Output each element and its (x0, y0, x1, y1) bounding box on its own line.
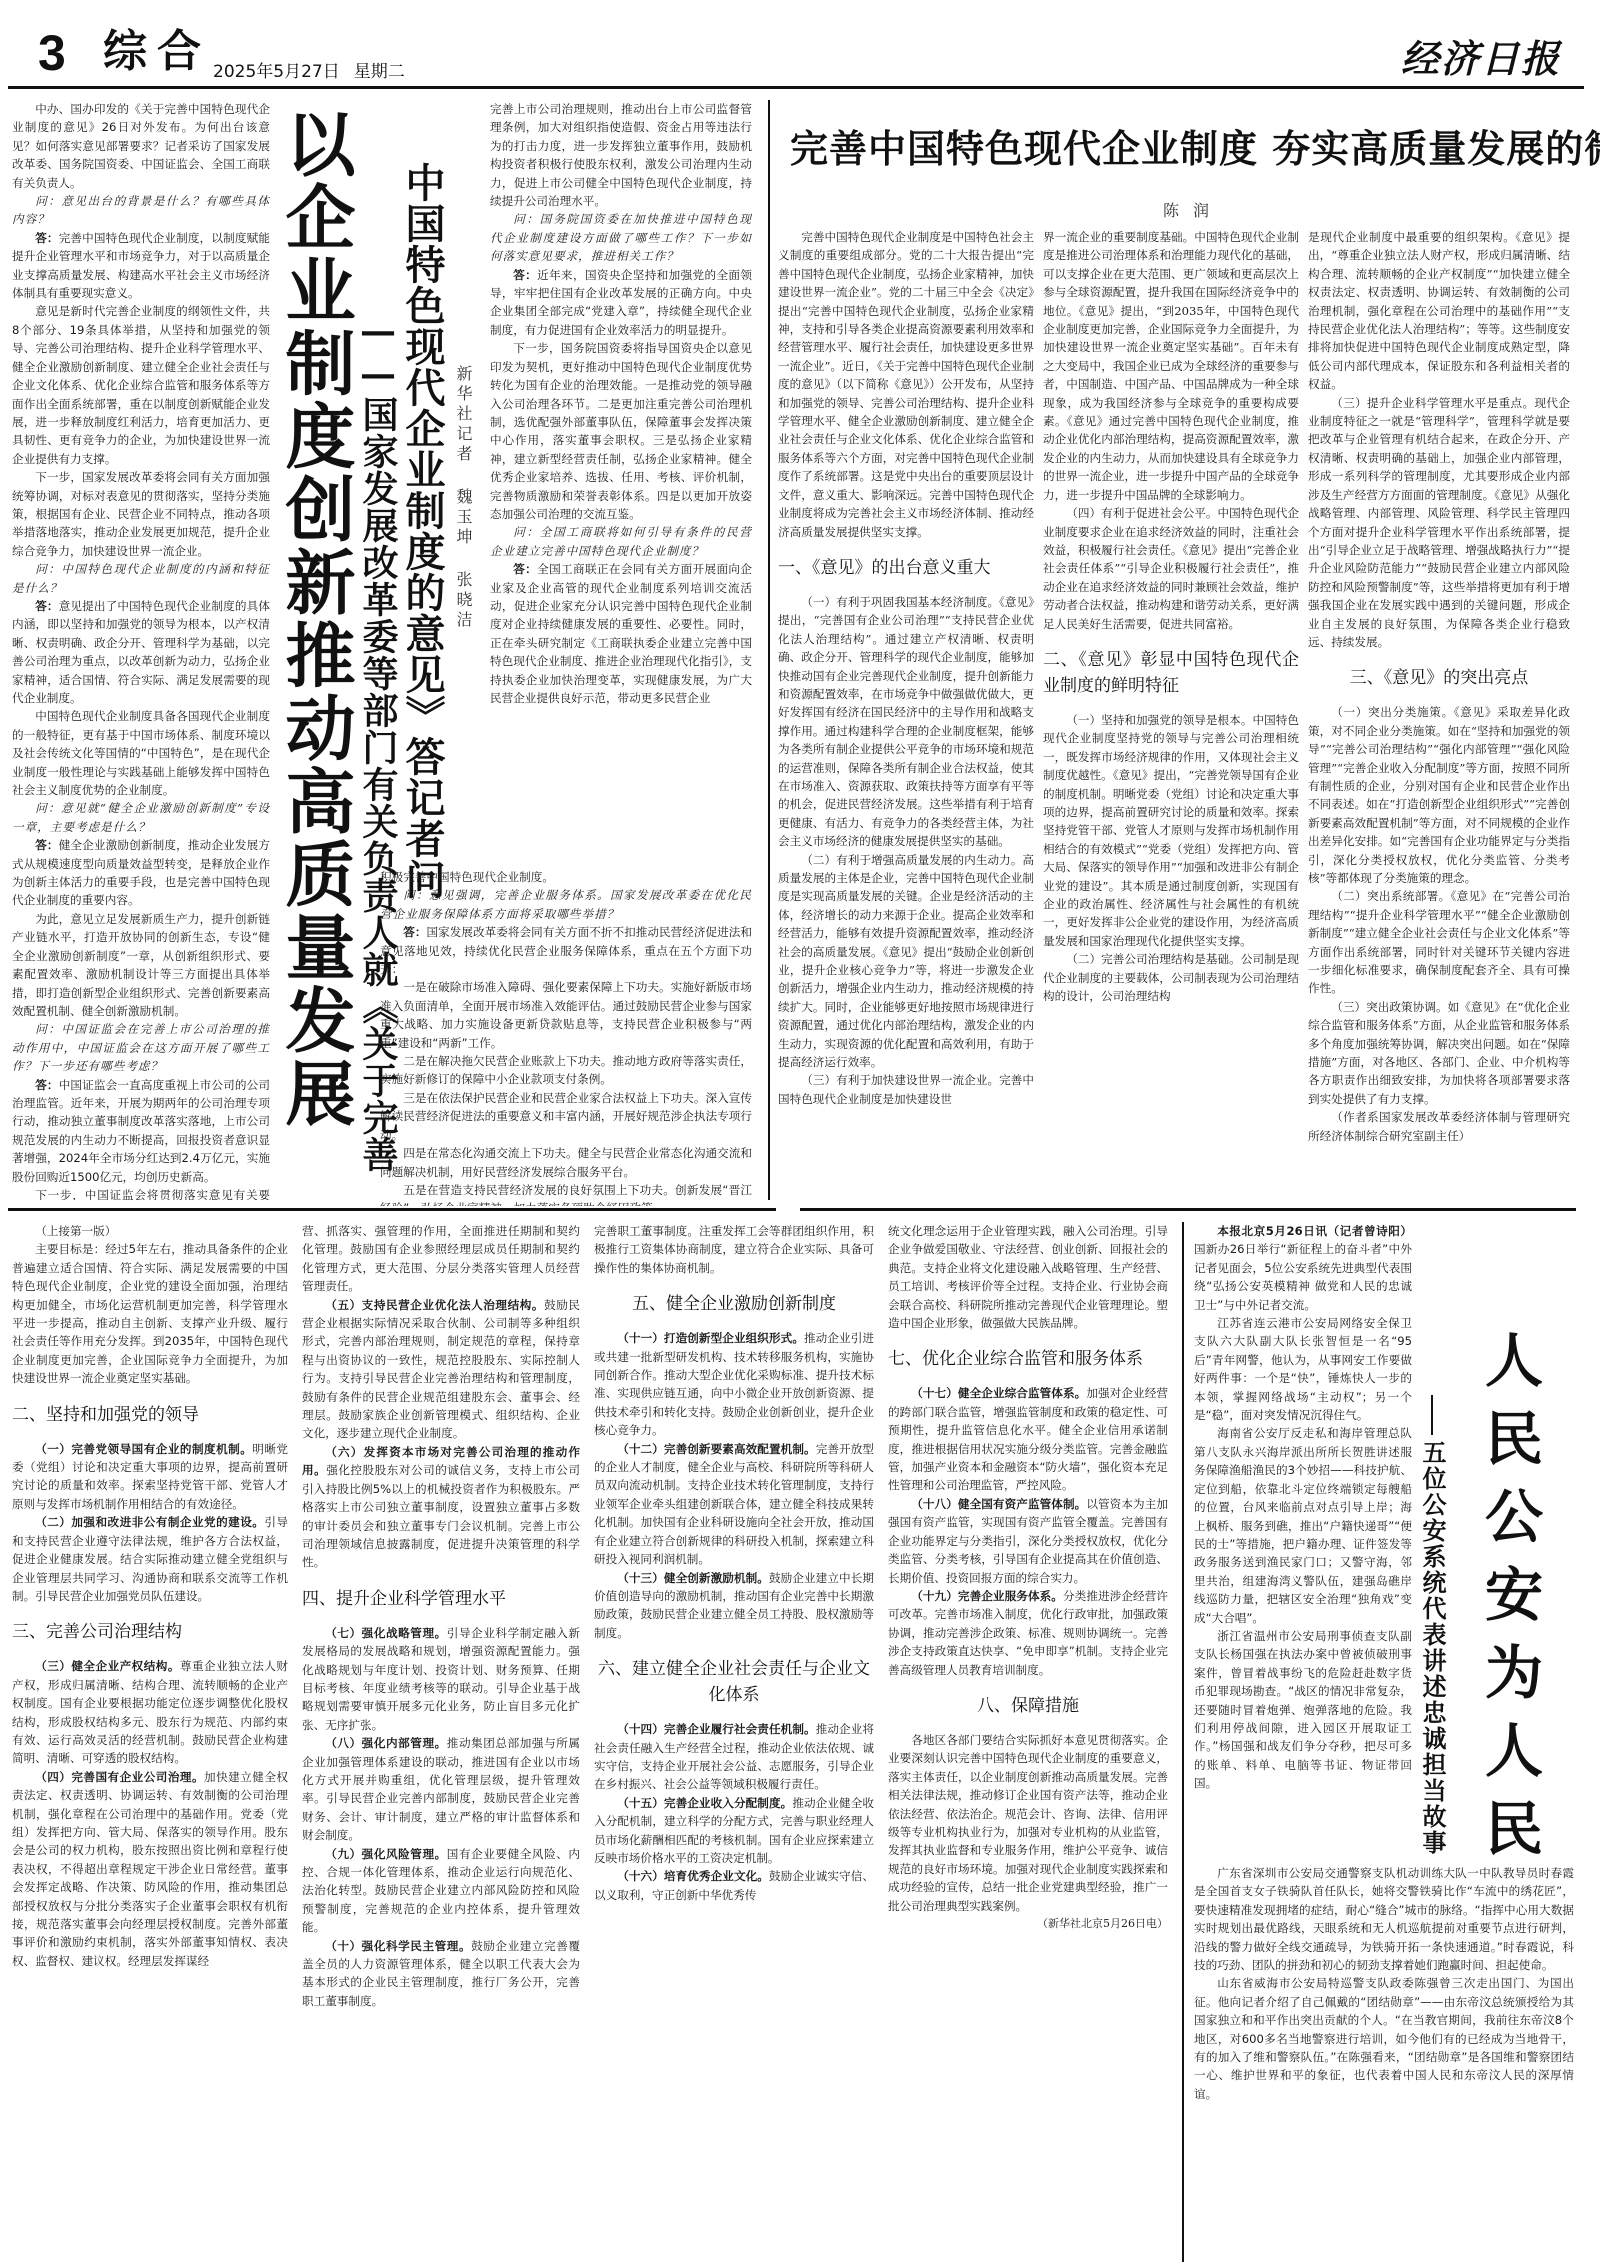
body-paragraph: （三）健全企业产权结构。尊重企业独立法人财产权，形成归属清晰、结构合理、流转顺畅… (12, 1657, 288, 1767)
paragraph-lead: （十四）完善企业履行社会责任机制。 (617, 1722, 816, 1736)
masthead-rule (8, 86, 1584, 89)
body-paragraph: 五是在营造支持民营经济发展的良好氛围上下功夫。创新发展“晋江经验”，弘扬企业家精… (380, 1181, 752, 1206)
body-paragraph: （十）强化科学民主管理。鼓励企业建立完善覆盖全员的人力资源管理体系，健全以职工代… (302, 1937, 580, 2011)
section-subhead: 三、完善公司治理结构 (12, 1619, 288, 1645)
paragraph-text: 加快建立健全权责法定、权责透明、协调运转、有效制衡的公司治理机制，强化章程在公司… (12, 1770, 288, 1968)
question-paragraph: 问：中国证监会在完善上市公司治理的推动作用中，中国证监会在这方面开展了哪些工作？… (12, 1020, 270, 1075)
paragraph-lead: 答： (35, 838, 59, 852)
paragraph-lead: （十九）完善企业服务体系。 (911, 1589, 1063, 1603)
body-paragraph: 意见是新时代完善企业制度的纲领性文件，共8个部分、19条具体举措，从坚持和加强党… (12, 302, 270, 468)
answer-paragraph: 答：健全企业激励创新制度，推动企业发展方式从规模速度型向质量效益型转变，是释放企… (12, 836, 270, 910)
question-paragraph: 问：意见出台的背景是什么？有哪些具体内容？ (12, 192, 270, 229)
question-paragraph: 问：意见就“健全企业激励创新制度”专设一章，主要考虑是什么？ (12, 799, 270, 836)
paragraph-lead: （八）强化内部管理。 (325, 1736, 447, 1750)
body-paragraph: （四）完善国有企业公司治理。加快建立健全权责法定、权责透明、协调运转、有效制衡的… (12, 1768, 288, 1970)
page-number: 3 (38, 28, 66, 78)
body-paragraph: （三）提升企业科学管理水平是重点。现代企业制度特征之一就是“管理科学”，管理科学… (1308, 394, 1570, 652)
question-paragraph: 问：国务院国资委在加快推进中国特色现代企业制度建设方面做了哪些工作？下一步如何落… (490, 210, 752, 265)
answer-paragraph: 答：完善中国特色现代企业制度，以制度赋能提升企业管理水平和市场竞争力，对于以高质… (12, 229, 270, 303)
answer-paragraph: 答：近年来，国资央企坚持和加强党的全面领导，牢牢把住国有企业改革发展的正确方向。… (490, 266, 752, 340)
body-paragraph: （八）强化内部管理。推动集团总部加强与所属企业加强管理体系建设的联动，推进国有企… (302, 1734, 580, 1844)
interview-column-2: 完善上市公司治理规则，推动出台上市公司监督管理条例，加大对组织指使造假、资金占用… (490, 100, 752, 755)
body-paragraph: （一）坚持和加强党的领导是根本。中国特色现代企业制度坚持党的领导与完善公司治理相… (1043, 711, 1299, 950)
body-paragraph: （二）加强和改进非公有制企业党的建设。引导和支持民营企业遵守法律法规，维护各方合… (12, 1513, 288, 1605)
paragraph-text: 意见提出了中国特色现代企业制度的具体内涵，即以坚持和加强党的领导为根本，以产权清… (12, 599, 270, 705)
body-paragraph: （三）突出政策协调。如《意见》在“优化企业综合监管和服务体系”方面，从企业监管和… (1308, 998, 1570, 1108)
paragraph-text: 加强对企业经营的跨部门联合监管，增强监管制度和政策的稳定性、可预期性，提升监管信… (888, 1386, 1168, 1492)
body-paragraph: 各地区各部门要结合实际抓好本意见贯彻落实。企业要深刻认识完善中国特色现代企业制度… (888, 1731, 1168, 1915)
body-paragraph: （九）强化风险管理。国有企业要健全风险、内控、合规一体化管理体系，推动企业运行向… (302, 1845, 580, 1937)
body-paragraph: （五）支持民营企业优化法人治理结构。鼓励民营企业根据实际情况采取合伙制、公司制等… (302, 1296, 580, 1443)
column-divider (768, 100, 770, 1200)
interview-column-1: 中办、国办印发的《关于完善中国特色现代企业制度的意见》26日对外发布。为何出台该… (12, 100, 270, 1200)
police-story-body: 本报北京5月26日讯（记者曾诗阳）国新办26日举行“新征程上的奋斗者”中外记者见… (1194, 1222, 1412, 1862)
section-subhead: 五、健全企业激励创新制度 (594, 1291, 874, 1317)
section-subhead: 三、《意见》的突出亮点 (1308, 665, 1570, 691)
answer-paragraph: 答：意见提出了中国特色现代企业制度的具体内涵，即以坚持和加强党的领导为根本，以产… (12, 597, 270, 707)
opinion-column-4: 统文化理念运用于企业管理实践，融入公司治理。引导企业争做爱国敬业、守法经营、创业… (888, 1222, 1168, 2262)
interview-subhead-1: 中国特色现代企业制度的意见》答记者问 (402, 162, 442, 900)
weekday-text: 星期二 (354, 62, 405, 82)
body-paragraph: （十三）健全创新激励机制。鼓励企业建立中长期价值创造导向的激励机制，推动国有企业… (594, 1569, 874, 1643)
question-paragraph: 问：中国特色现代企业制度的内涵和特征是什么？ (12, 560, 270, 597)
paragraph-text: 全国工商联正在会同有关方面开展面向企业家及企业高管的现代企业制度系列培训交流活动… (490, 562, 752, 705)
body-paragraph: （二）有利于增强高质量发展的内生动力。高质量发展的主体是企业，完善中国特色现代企… (778, 851, 1034, 1072)
paragraph-lead: （十七）健全企业综合监管体系。 (911, 1386, 1086, 1400)
police-story-body-wide: 广东省深圳市公安局交通警察支队机动训练大队一中队教导员时春霞是全国首支女子铁骑队… (1194, 1864, 1574, 2262)
paragraph-text: 尊重企业独立法人财产权，形成归属清晰、结构合理、流转顺畅的企业产权制度。国有企业… (12, 1659, 288, 1765)
paragraph-lead: （五）支持民营企业优化法人治理结构。 (325, 1298, 544, 1312)
commentary-column-2: 界一流企业的重要制度基础。中国特色现代企业制度是推进公司治理体系和治理能力现代化… (1043, 228, 1299, 1200)
police-story-subhead: 五位公安系统代表讲述忠诚担当故事 (1420, 1440, 1444, 1856)
body-paragraph: （上接第一版） (12, 1222, 288, 1240)
interview-headline: 以企业制度创新推动高质量发展 (280, 108, 350, 1130)
section-subhead: 四、提升企业科学管理水平 (302, 1586, 580, 1612)
body-paragraph: 下一步，国务院国资委将指导国资央企以意见印发为契机，更好推动中国特色现代企业制度… (490, 339, 752, 523)
body-paragraph: 主要目标是：经过5年左右，推动具备条件的企业普遍建立适合国情、符合实际、满足发展… (12, 1240, 288, 1387)
paragraph-lead: 答： (403, 925, 426, 939)
paragraph-lead: （一）完善党领导国有企业的制度机制。 (35, 1442, 252, 1456)
body-paragraph: 完善中国特色现代企业制度是中国特色社会主义制度的重要组成部分。党的二十大报告提出… (778, 228, 1034, 541)
paragraph-lead: 答： (35, 1078, 59, 1092)
paragraph-lead: （十一）打造创新型企业组织形式。 (617, 1331, 804, 1345)
body-paragraph: （二）完善公司治理结构是基础。公司制是现代企业制度的主要载体，公司制表现为公司治… (1043, 950, 1299, 1005)
body-paragraph: 四是在常态化沟通交流上下功夫。健全与民营企业常态化沟通交流和问题解决机制，用好民… (380, 1144, 752, 1181)
paragraph-lead: （十八）健全国有资产监管体制。 (911, 1497, 1086, 1511)
paper-logo: 经济日报 (1401, 28, 1561, 83)
paragraph-lead: 答： (35, 599, 59, 613)
lead-paragraph: 本报北京5月26日讯（记者曾诗阳）国新办26日举行“新征程上的奋斗者”中外记者见… (1194, 1222, 1412, 1314)
body-paragraph: 一是在破除市场准入障碍、强化要素保障上下功夫。实施好新版市场准入负面清单，全面开… (380, 978, 752, 1052)
body-paragraph: 完善职工董事制度。注重发挥工会等群团组织作用，积极推行工资集体协商制度，建立符合… (594, 1222, 874, 1277)
body-paragraph: 营、抓落实、强管理的作用，全面推进任期制和契约化管理。鼓励国有企业参照经理层成员… (302, 1222, 580, 1296)
paragraph-lead: （二）加强和改进非公有制企业党的建设。 (35, 1515, 264, 1529)
body-paragraph: 为此，意见立足发展新质生产力，提升创新链产业链水平，打造开放协同的创新生态，专设… (12, 910, 270, 1020)
body-paragraph: （一）有利于巩固我国基本经济制度。《意见》提出，“完善国有企业公司治理”“支持民… (778, 593, 1034, 851)
body-paragraph: 江苏省连云港市公安局网络安全保卫支队六大队副大队长张智恒是一名“95后”青年网警… (1194, 1314, 1412, 1424)
body-paragraph: （三）有利于加快建设世界一流企业。完善中国特色现代企业制度是加快建设世 (778, 1071, 1034, 1108)
section-subhead: 七、优化企业综合监管和服务体系 (888, 1346, 1168, 1372)
masthead: 3 综合 2025年5月27日星期二 经济日报 (8, 0, 1593, 88)
paragraph-lead: （七）强化战略管理。 (325, 1626, 447, 1640)
section-subhead: 八、保障措施 (888, 1693, 1168, 1719)
body-paragraph: （一）突出分类施策。《意见》采取差异化政策，对不同企业分类施策。如在“坚持和加强… (1308, 703, 1570, 887)
answer-paragraph: 答：国家发展改革委将会同有关方面不折不扣推动民营经济促进法和意见落地见效，持续优… (380, 923, 752, 978)
body-paragraph: （十一）打造创新型企业组织形式。推动企业引进或共建一批新型研发机构、技术转移服务… (594, 1329, 874, 1439)
commentary-author: 陈润 (1163, 198, 1223, 221)
question-paragraph: 问：全国工商联将如何引导有条件的民营企业建立完善中国特色现代企业制度？ (490, 523, 752, 560)
section-divider (8, 1208, 776, 1211)
body-paragraph: 二是在解决拖欠民营企业账款上下功夫。推动地方政府等落实责任，实施好新修订的保障中… (380, 1052, 752, 1089)
body-paragraph: 广东省深圳市公安局交通警察支队机动训练大队一中队教导员时春霞是全国首支女子铁骑队… (1194, 1864, 1574, 1974)
body-paragraph: （十五）完善企业收入分配制度。推动企业健全收入分配机制，建立科学的分配方式，完善… (594, 1794, 874, 1868)
subhead-dash (1431, 1395, 1433, 1435)
body-paragraph: 海南省公安厅反走私和海岸管理总队第八支队永兴海岸派出所所长贺胜讲述服务保障渔船渔… (1194, 1424, 1412, 1626)
body-paragraph: 三是在依法保护民营企业和民营企业家合法权益上下功夫。深入宣传解读民营经济促进法的… (380, 1089, 752, 1144)
paragraph-text: 推动集团总部加强与所属企业加强管理体系建设的联动，推进国有企业以市场化方式开展并… (302, 1736, 580, 1842)
body-paragraph: 下一步，国家发展改革委将会同有关方面加强统筹协调，对标对表意见的贯彻落实，坚持分… (12, 468, 270, 560)
paragraph-lead: （十）强化科学民主管理。 (325, 1939, 471, 1953)
body-paragraph: （十四）完善企业履行社会责任机制。推动企业将社会责任融入生产经营全过程，推动企业… (594, 1720, 874, 1794)
paragraph-text: 国新办26日举行“新征程上的奋斗者”中外记者见面会，5位公安系统先进典型代表围绕… (1194, 1242, 1412, 1311)
paragraph-text: 强化控股股东对公司的诚信义务，支持上市公司引入持股比例5%以上的机械投资者作为积… (302, 1463, 580, 1569)
section-subhead: 六、建立健全企业社会责任与企业文化体系 (594, 1656, 874, 1708)
column-divider (1182, 1222, 1184, 2262)
body-paragraph: 中办、国办印发的《关于完善中国特色现代企业制度的意见》26日对外发布。为何出台该… (12, 100, 270, 192)
paragraph-lead: （十三）健全创新激励机制。 (617, 1571, 769, 1585)
body-paragraph: （十七）健全企业综合监管体系。加强对企业经营的跨部门联合监管，增强监管制度和政策… (888, 1384, 1168, 1494)
paragraph-text: 中国证监会一直高度重视上市公司的公司治理监管。近年来，开展为期两年的公司治理专项… (12, 1078, 270, 1184)
body-paragraph: （作者系国家发展改革委经济体制与管理研究所经济体制综合研究室副主任） (1308, 1108, 1570, 1145)
paragraph-lead: 答： (513, 268, 537, 282)
paragraph-text: 国家发展改革委将会同有关方面不折不扣推动民营经济促进法和意见落地见效，持续优化民… (380, 925, 752, 976)
body-paragraph: 统文化理念运用于企业管理实践，融入公司治理。引导企业争做爱国敬业、守法经营、创业… (888, 1222, 1168, 1332)
body-paragraph: （十二）完善创新要素高效配置机制。完善开放型的企业人才制度，健全企业与高校、科研… (594, 1440, 874, 1569)
answer-paragraph: 答：全国工商联正在会同有关方面开展面向企业家及企业高管的现代企业制度系列培训交流… (490, 560, 752, 707)
body-paragraph: （七）强化战略管理。引导企业科学制定融入新发展格局的发展战略和规划，增强资源配置… (302, 1624, 580, 1734)
answer-paragraph: 答：中国证监会一直高度重视上市公司的公司治理监管。近年来，开展为期两年的公司治理… (12, 1076, 270, 1186)
body-paragraph: 中国特色现代企业制度具备各国现代企业制度的一般特征，更有基于中国市场体系、制度环… (12, 707, 270, 799)
body-paragraph: （四）有利于促进社会公平。中国特色现代企业制度要求企业在追求经济效益的同时，注重… (1043, 504, 1299, 633)
opinion-column-1: （上接第一版）主要目标是：经过5年左右，推动具备条件的企业普遍建立适合国情、符合… (12, 1222, 288, 2262)
body-paragraph: （十九）完善企业服务体系。分类推进涉企经营许可改革。完善市场准入制度，优化行政审… (888, 1587, 1168, 1679)
body-paragraph: 下一步，中国证监会将贯彻落实意见有关要求，不断 (12, 1186, 270, 1200)
date-text: 2025年5月27日 (213, 62, 340, 82)
body-paragraph: 浙江省温州市公安局刑事侦查支队副支队长杨国强在执法办案中曾被侦破刑事案件，曾冒着… (1194, 1627, 1412, 1793)
question-paragraph: 问：意见强调，完善企业服务体系。国家发展改革委在优化民营企业服务保障体系方面将采… (380, 886, 752, 923)
body-paragraph: 山东省威海市公安局特巡警支队政委陈强曾三次走出国门、为国出征。他向记者介绍了自己… (1194, 1974, 1574, 2103)
opinion-column-3: 完善职工董事制度。注重发挥工会等群团组织作用，积极推行工资集体协商制度，建立符合… (594, 1222, 874, 2262)
commentary-column-3: 是现代企业制度中最重要的组织架构。《意见》提出，“尊重企业独立法人财产权，形成归… (1308, 228, 1570, 1200)
opinion-column-2: 营、抓落实、强管理的作用，全面推进任期制和契约化管理。鼓励国有企业参照经理层成员… (302, 1222, 580, 2262)
section-subhead: 一、《意见》的出台意义重大 (778, 555, 1034, 581)
body-paragraph: （十六）培育优秀企业文化。鼓励企业诚实守信、以义取利，守正创新中华优秀传 (594, 1867, 874, 1904)
body-paragraph: 界一流企业的重要制度基础。中国特色现代企业制度是推进公司治理体系和治理能力现代化… (1043, 228, 1299, 504)
section-name: 综合 (103, 28, 211, 76)
dateline-lead: 本报北京5月26日讯（记者曾诗阳） (1217, 1224, 1412, 1238)
interview-column-2b: 积极完善中国特色现代企业制度。问：意见强调，完善企业服务体系。国家发展改革委在优… (380, 868, 752, 1206)
paragraph-lead: 答： (513, 562, 537, 576)
body-paragraph: 完善上市公司治理规则，推动出台上市公司监督管理条例，加大对组织指使造假、资金占用… (490, 100, 752, 210)
paragraph-text: 引导企业科学制定融入新发展格局的发展战略和规划，增强资源配置能力。强化战略规划与… (302, 1626, 580, 1732)
commentary-column-1: 完善中国特色现代企业制度是中国特色社会主义制度的重要组成部分。党的二十大报告提出… (778, 228, 1034, 1200)
interview-byline: 新华社记者 魏玉坤 张晓洁 (455, 365, 471, 631)
paragraph-text: 鼓励民营企业根据实际情况采取合伙制、公司制等多种组织形式，完善内部治理规则，制定… (302, 1298, 580, 1441)
commentary-headline: 完善中国特色现代企业制度 夯实高质量发展的微观基础 (790, 118, 1570, 173)
paragraph-lead: （十五）完善企业收入分配制度。 (617, 1796, 792, 1810)
paragraph-lead: （四）完善国有企业公司治理。 (35, 1770, 204, 1784)
section-subhead: 二、坚持和加强党的领导 (12, 1402, 288, 1428)
paragraph-lead: （三）健全企业产权结构。 (35, 1659, 180, 1673)
body-paragraph: （二）突出系统部署。《意见》在“完善公司治理结构”“提升企业科学管理水平”“健全… (1308, 887, 1570, 997)
dateline: （新华社北京5月26日电） (888, 1915, 1168, 1933)
body-paragraph: （一）完善党领导国有企业的制度机制。明晰党委（党组）讨论和决定重大事项的边界，提… (12, 1440, 288, 1514)
issue-date: 2025年5月27日星期二 (213, 57, 405, 82)
body-paragraph: 是现代企业制度中最重要的组织架构。《意见》提出，“尊重企业独立法人财产权，形成归… (1308, 228, 1570, 394)
body-paragraph: （十八）健全国有资产监管体制。以管资本为主加强国有资产监管，实现国有资产监管全覆… (888, 1495, 1168, 1587)
paragraph-lead: 答： (35, 231, 59, 245)
section-divider (800, 1208, 1576, 1211)
body-paragraph: （六）发挥资本市场对完善公司治理的推动作用。强化控股股东对公司的诚信义务，支持上… (302, 1443, 580, 1572)
paragraph-text: 推动企业引进或共建一批新型研发机构、技术转移服务机构，实施协同创新合作。推动大型… (594, 1331, 874, 1437)
section-subhead: 二、《意见》彰显中国特色现代企业制度的鲜明特征 (1043, 647, 1299, 699)
police-story-headline: 人民公安为人民 (1480, 1330, 1538, 1876)
paragraph-lead: （十二）完善创新要素高效配置机制。 (617, 1442, 816, 1456)
paragraph-text: 完善开放型的企业人才制度，健全企业与高校、科研院所等科研人员双向流动机制。支持企… (594, 1442, 874, 1566)
paragraph-lead: （十六）培育优秀企业文化。 (617, 1869, 769, 1883)
body-paragraph: 积极完善中国特色现代企业制度。 (380, 868, 752, 886)
paragraph-lead: （九）强化风险管理。 (325, 1847, 447, 1861)
